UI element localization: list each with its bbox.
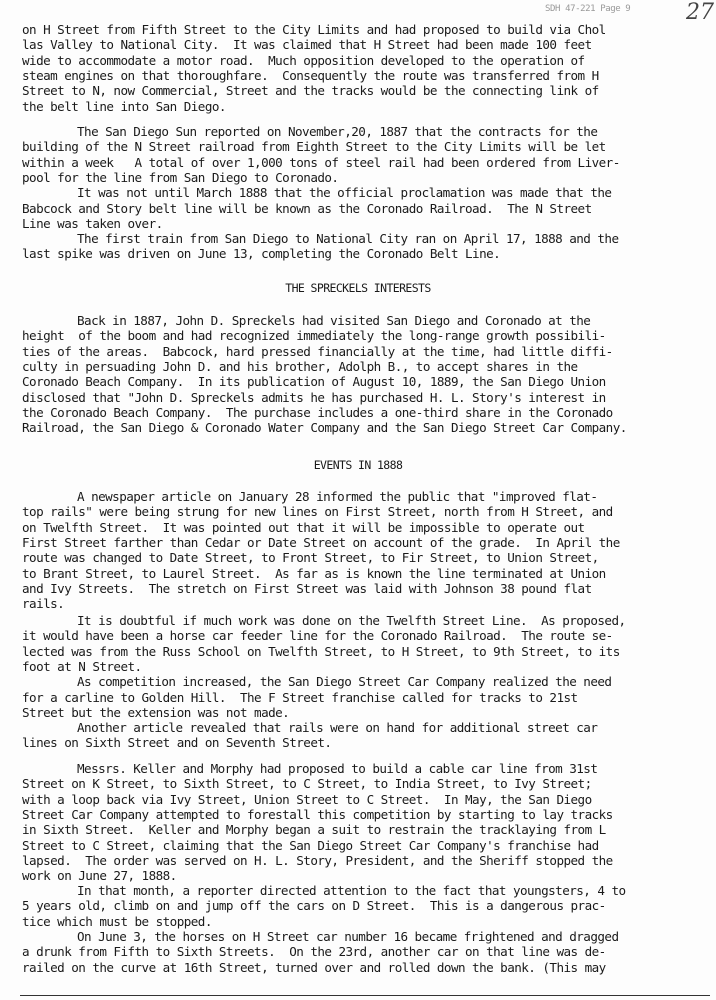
flat-top-rails-paragraph-line: to Brant Street, to Laurel Street. As fa…	[22, 566, 606, 581]
keller-morphy-paragraph-line: lapsed. The order was served on H. L. St…	[22, 853, 613, 868]
keller-morphy-paragraph-line: Messrs. Keller and Morphy had proposed t…	[77, 761, 597, 776]
sun-report-paragraph-line: The San Diego Sun reported on November,2…	[77, 124, 597, 139]
june-accident-paragraph-line: a drunk from Fifth to Sixth Streets. On …	[22, 944, 606, 959]
flat-top-rails-paragraph-line: First Street farther than Cedar or Date …	[22, 535, 620, 550]
proclamation-paragraph-line: Line was taken over.	[22, 216, 163, 231]
flat-top-rails-paragraph-line: top rails" were being strung for new lin…	[22, 504, 613, 519]
document-page: SDH 47-221 Page 9 27 on H Street from Fi…	[0, 0, 716, 1000]
spreckels-paragraph-line: Coronado Beach Company. In its publicati…	[22, 374, 606, 389]
spreckels-paragraph-line: Railroad, the San Diego & Coronado Water…	[22, 420, 627, 435]
continued-paragraph-line: on H Street from Fifth Street to the Cit…	[22, 22, 606, 37]
section-heading-events-1888: EVENTS IN 1888	[0, 458, 716, 472]
spreckels-paragraph-line: Back in 1887, John D. Spreckels had visi…	[77, 313, 590, 328]
twelfth-street-paragraph-line: it would have been a horse car feeder li…	[22, 628, 613, 643]
twelfth-street-paragraph-line: It is doubtful if much work was done on …	[77, 613, 626, 628]
keller-morphy-paragraph-line: in Sixth Street. Keller and Morphy began…	[22, 822, 606, 837]
sixth-seventh-paragraph-line: lines on Sixth Street and on Seventh Str…	[22, 735, 331, 750]
spreckels-paragraph-line: height of the boom and had recognized im…	[22, 328, 606, 343]
sun-report-paragraph-line: building of the N Street railroad from E…	[22, 139, 606, 154]
continued-paragraph-line: steam engines on that thoroughfare. Cons…	[22, 68, 599, 83]
flat-top-rails-paragraph-line: rails.	[22, 596, 64, 611]
twelfth-street-paragraph-line: foot at N Street.	[22, 659, 142, 674]
keller-morphy-paragraph-line: work on June 27, 1888.	[22, 868, 177, 883]
flat-top-rails-paragraph-line: on Twelfth Street. It was pointed out th…	[22, 520, 585, 535]
golden-hill-paragraph-line: for a carline to Golden Hill. The F Stre…	[22, 690, 578, 705]
june-accident-paragraph-line: railed on the curve at 16th Street, turn…	[22, 960, 606, 975]
page-number: 27	[686, 0, 714, 25]
spreckels-paragraph-line: the Coronado Beach Company. The purchase…	[22, 405, 613, 420]
continued-paragraph-line: Street to N, now Commercial, Street and …	[22, 83, 599, 98]
keller-morphy-paragraph-line: Street on K Street, to Sixth Street, to …	[22, 776, 592, 791]
youngsters-paragraph-line: tice which must be stopped.	[22, 914, 212, 929]
golden-hill-paragraph-line: Street but the extension was not made.	[22, 705, 289, 720]
golden-hill-paragraph-line: As competition increased, the San Diego …	[77, 674, 611, 689]
flat-top-rails-paragraph-line: route was changed to Date Street, to Fro…	[22, 550, 599, 565]
sun-report-paragraph-line: pool for the line from San Diego to Coro…	[22, 170, 338, 185]
keller-morphy-paragraph-line: Street Car Company attempted to forestal…	[22, 807, 613, 822]
bottom-rule	[20, 995, 710, 996]
youngsters-paragraph-line: In that month, a reporter directed atten…	[77, 883, 626, 898]
keller-morphy-paragraph-line: Street to C Street, claiming that the Sa…	[22, 838, 599, 853]
continued-paragraph-line: las Valley to National City. It was clai…	[22, 37, 592, 52]
first-train-paragraph-line: The first train from San Diego to Nation…	[77, 231, 618, 246]
continued-paragraph-line: the belt line into San Diego.	[22, 99, 226, 114]
continued-paragraph-line: wide to accommodate a motor road. Much o…	[22, 53, 585, 68]
youngsters-paragraph-line: 5 years old, climb on and jump off the c…	[22, 898, 606, 913]
section-heading-spreckels: THE SPRECKELS INTERESTS	[0, 281, 716, 295]
keller-morphy-paragraph-line: with a loop back via Ivy Street, Union S…	[22, 792, 592, 807]
first-train-paragraph-line: last spike was driven on June 13, comple…	[22, 246, 500, 261]
proclamation-paragraph-line: Babcock and Story belt line will be know…	[22, 201, 592, 216]
spreckels-paragraph-line: ties of the areas. Babcock, hard pressed…	[22, 344, 613, 359]
sun-report-paragraph-line: within a week A total of over 1,000 tons…	[22, 155, 620, 170]
flat-top-rails-paragraph-line: A newspaper article on January 28 inform…	[77, 489, 597, 504]
proclamation-paragraph-line: It was not until March 1888 that the off…	[77, 185, 611, 200]
spreckels-paragraph-line: disclosed that "John D. Spreckels admits…	[22, 390, 606, 405]
twelfth-street-paragraph-line: lected was from the Russ School on Twelf…	[22, 644, 620, 659]
flat-top-rails-paragraph-line: and Ivy Streets. The stretch on First St…	[22, 581, 592, 596]
spreckels-paragraph-line: culty in persuading John D. and his brot…	[22, 359, 578, 374]
archive-reference: SDH 47-221 Page 9	[545, 4, 630, 14]
sixth-seventh-paragraph-line: Another article revealed that rails were…	[77, 720, 597, 735]
june-accident-paragraph-line: On June 3, the horses on H Street car nu…	[77, 929, 618, 944]
